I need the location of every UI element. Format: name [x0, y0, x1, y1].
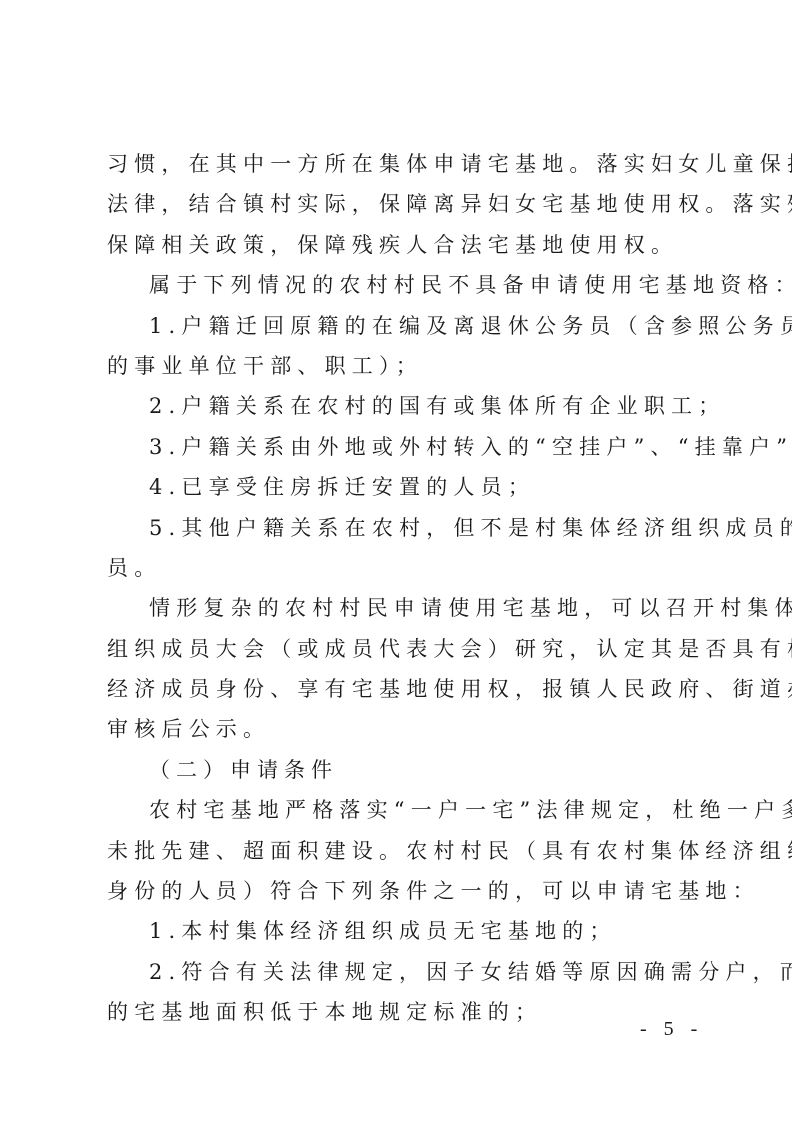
text-line: 的宅基地面积低于本地规定标准的； — [107, 992, 695, 1032]
text-line: 保障相关政策，保障残疾人合法宅基地使用权。 — [107, 225, 695, 265]
document-body: 习惯，在其中一方所在集体申请宅基地。落实妇女儿童保护相关 法律，结合镇村实际，保… — [107, 144, 695, 1033]
text-line: 审核后公示。 — [107, 709, 695, 749]
text-line: 身份的人员）符合下列条件之一的，可以申请宅基地： — [107, 871, 695, 911]
text-line: 农村宅基地严格落实“一户一宅”法律规定，杜绝一户多宅、 — [107, 790, 695, 830]
document-page: 习惯，在其中一方所在集体申请宅基地。落实妇女儿童保护相关 法律，结合镇村实际，保… — [0, 0, 792, 1121]
text-line: 情形复杂的农村村民申请使用宅基地，可以召开村集体经济 — [107, 588, 695, 628]
text-line: 的事业单位干部、职工）； — [107, 346, 695, 386]
list-item: 5.其他户籍关系在农村，但不是村集体经济组织成员的人 — [107, 508, 695, 548]
text-line: 经济成员身份、享有宅基地使用权，报镇人民政府、街道办事处 — [107, 669, 695, 709]
text-line: 法律，结合镇村实际，保障离异妇女宅基地使用权。落实残疾人 — [107, 184, 695, 224]
text-line: 员。 — [107, 548, 695, 588]
text-line: 未批先建、超面积建设。农村村民（具有农村集体经济组织成员 — [107, 831, 695, 871]
list-item: 4.已享受住房拆迁安置的人员； — [107, 467, 695, 507]
list-item: 1.本村集体经济组织成员无宅基地的； — [107, 911, 695, 951]
text-line: 属于下列情况的农村村民不具备申请使用宅基地资格： — [107, 265, 695, 305]
text-line: 组织成员大会（或成员代表大会）研究，认定其是否具有村集体 — [107, 629, 695, 669]
section-heading: （二）申请条件 — [107, 750, 695, 790]
list-item: 3.户籍关系由外地或外村转入的“空挂户”、“挂靠户”； — [107, 427, 695, 467]
list-item: 1.户籍迁回原籍的在编及离退休公务员（含参照公务员管理 — [107, 306, 695, 346]
list-item: 2.户籍关系在农村的国有或集体所有企业职工； — [107, 386, 695, 426]
text-line: 习惯，在其中一方所在集体申请宅基地。落实妇女儿童保护相关 — [107, 144, 695, 184]
page-number: - 5 - — [640, 1018, 703, 1041]
list-item: 2.符合有关法律规定，因子女结婚等原因确需分户，而现有 — [107, 952, 695, 992]
